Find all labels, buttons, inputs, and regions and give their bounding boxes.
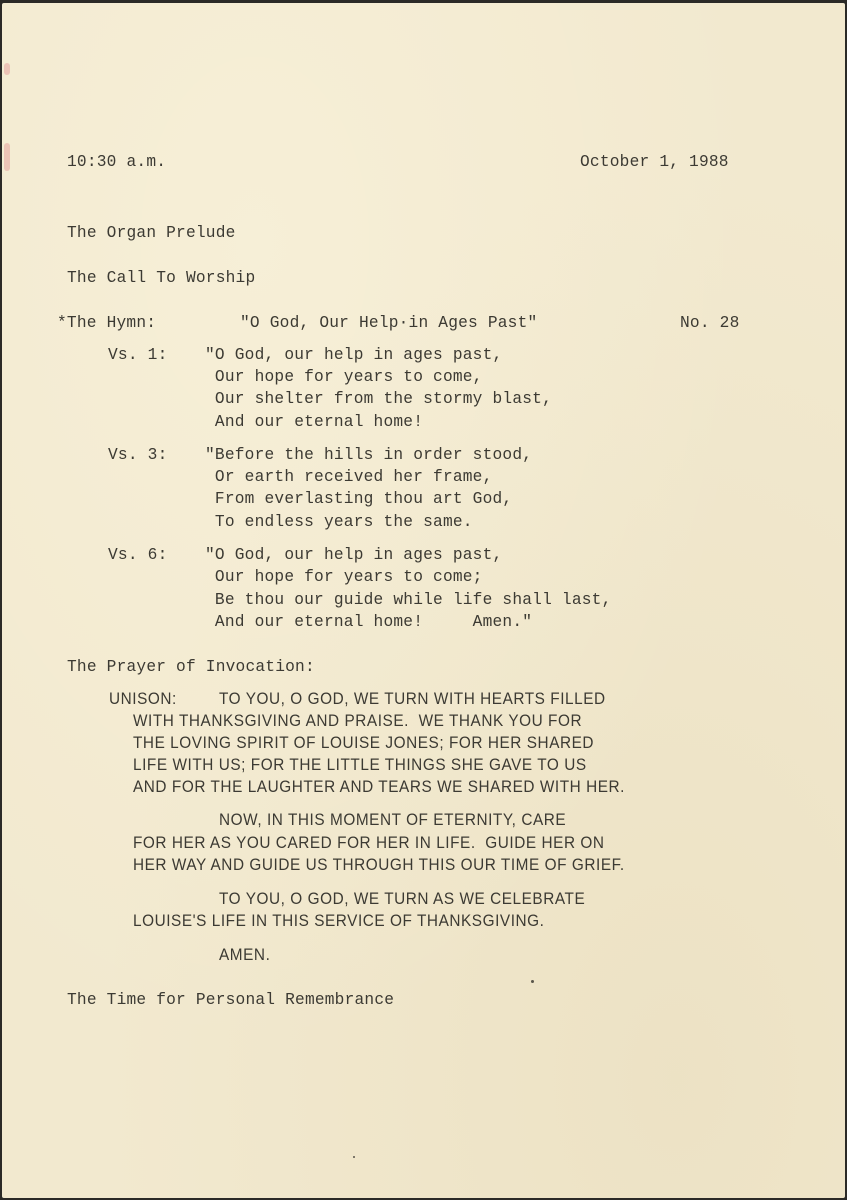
verse-label: Vs. 1: — [108, 344, 168, 366]
prayer-line: THE LOVING SPIRIT OF LOUISE JONES; FOR H… — [133, 732, 594, 754]
prayer-line: FOR HER AS YOU CARED FOR HER IN LIFE. GU… — [133, 832, 605, 854]
hymn-label: *The Hymn: — [57, 312, 156, 334]
verse-line: To endless years the same. — [205, 511, 473, 533]
verse-label: Vs. 6: — [108, 544, 168, 566]
unison-label: UNISON: — [109, 688, 177, 710]
personal-remembrance: The Time for Personal Remembrance — [67, 989, 394, 1011]
prayer-line: LIFE WITH US; FOR THE LITTLE THINGS SHE … — [133, 754, 587, 776]
prayer-line: AND FOR THE LAUGHTER AND TEARS WE SHARED… — [133, 776, 625, 798]
verse-line: And our eternal home! Amen." — [205, 611, 532, 633]
verse-line: "O God, our help in ages past, — [205, 344, 502, 366]
paper-speck — [353, 1156, 355, 1158]
organ-prelude: The Organ Prelude — [67, 222, 236, 244]
call-to-worship: The Call To Worship — [67, 267, 255, 289]
page-stain — [4, 63, 10, 75]
verse-line: From everlasting thou art God, — [205, 488, 512, 510]
prayer-line: NOW, IN THIS MOMENT OF ETERNITY, CARE — [219, 809, 566, 831]
page-stain — [4, 143, 10, 171]
verse-line: And our eternal home! — [205, 411, 423, 433]
prayer-line: WITH THANKSGIVING AND PRAISE. WE THANK Y… — [133, 710, 582, 732]
verse-line: Our hope for years to come; — [205, 566, 483, 588]
paper-speck — [531, 980, 534, 983]
prayer-line: TO YOU, O GOD, WE TURN WITH HEARTS FILLE… — [219, 688, 606, 710]
hymn-number: No. 28 — [680, 312, 740, 334]
hymn-title: "O God, Our Help·in Ages Past" — [240, 312, 537, 334]
verse-line: "Before the hills in order stood, — [205, 444, 532, 466]
verse-line: Be thou our guide while life shall last, — [205, 589, 611, 611]
service-date: October 1, 1988 — [580, 151, 729, 173]
prayer-heading: The Prayer of Invocation: — [67, 656, 315, 678]
prayer-amen: AMEN. — [219, 944, 270, 966]
verse-line: Our hope for years to come, — [205, 366, 483, 388]
verse-label: Vs. 3: — [108, 444, 168, 466]
prayer-line: TO YOU, O GOD, WE TURN AS WE CELEBRATE — [219, 888, 585, 910]
service-time: 10:30 a.m. — [67, 151, 166, 173]
verse-line: Our shelter from the stormy blast, — [205, 388, 552, 410]
prayer-line: HER WAY AND GUIDE US THROUGH THIS OUR TI… — [133, 854, 625, 876]
prayer-line: LOUISE'S LIFE IN THIS SERVICE OF THANKSG… — [133, 910, 544, 932]
verse-line: "O God, our help in ages past, — [205, 544, 502, 566]
document-page: 10:30 a.m. October 1, 1988 The Organ Pre… — [2, 3, 845, 1198]
verse-line: Or earth received her frame, — [205, 466, 493, 488]
